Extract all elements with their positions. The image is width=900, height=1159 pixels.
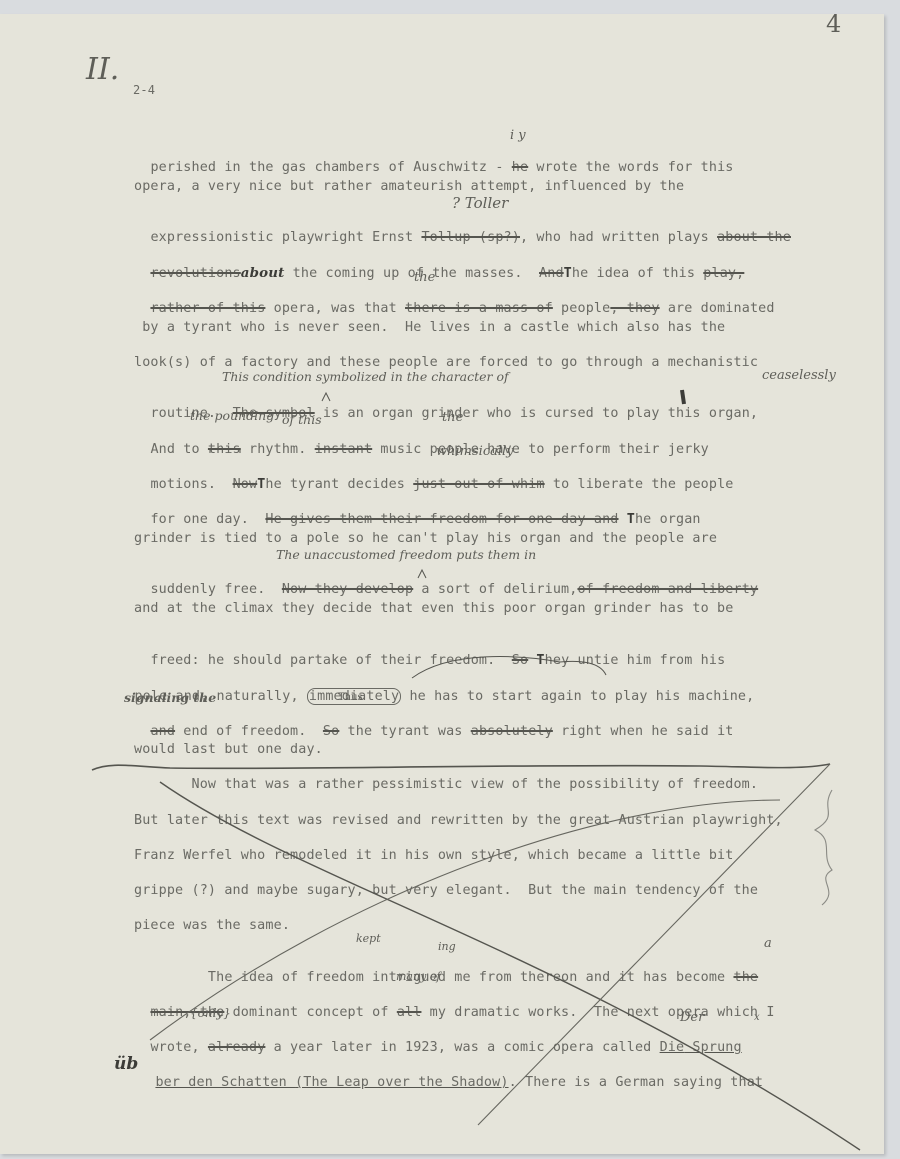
struck-text: all [397, 1005, 422, 1020]
annotation-toller: ? Toller [452, 194, 508, 212]
typed-line-19: Now that was a rather pessimistic view o… [134, 777, 758, 793]
struck-text: Now [233, 477, 258, 492]
annotation-ceaselessly: ceaselessly [762, 368, 836, 383]
text: freed: he should partake of their freedo… [150, 653, 511, 668]
annotation-whimsically: whimsically [436, 444, 514, 459]
typed-line-18: would last but one day. [134, 742, 323, 758]
struck-text: instant [315, 442, 372, 457]
annotation-unaccustomed: The unaccustomed freedom puts them in [276, 547, 536, 562]
struck-text: absolutely [471, 724, 553, 739]
struck-text: and [150, 724, 175, 739]
struck-text: rather of this [150, 301, 265, 316]
text: are dominated [660, 301, 775, 316]
inserted-text: T [528, 653, 544, 668]
inserted-text: about [241, 265, 285, 281]
text: wrote the words for this [528, 160, 733, 175]
struck-text: revolutions [150, 266, 240, 281]
struck-text: So [323, 724, 339, 739]
typed-line-5: rather of this opera, was that there is … [134, 285, 775, 317]
struck-text: there is a mass of [405, 301, 553, 316]
typed-line-14: and at the climax they decide that even … [134, 601, 733, 617]
annotation-thus: Thus [338, 692, 363, 703]
typed-line-17: and end of freedom. So the tyrant was ab… [134, 708, 734, 740]
text: . There is a German saying that [509, 1075, 764, 1090]
text: people [553, 301, 610, 316]
text: he organ [635, 512, 701, 527]
annotation-signaling-the: signaling the [124, 690, 216, 705]
typed-line-20: But later this text was revised and rewr… [134, 813, 783, 829]
typed-line-10: motions. NowThe tyrant decides just out … [134, 461, 734, 493]
typed-line-27: ber den Schatten (The Leap over the Shad… [139, 1059, 763, 1091]
text: a sort of delirium, [413, 582, 577, 597]
annotation-many-of: many of [396, 970, 440, 983]
typed-line-24: The idea of freedom intrigued me from th… [134, 954, 758, 986]
annotation-only: {only} [190, 1006, 231, 1020]
annotation-the-music: the [442, 410, 463, 425]
text: motions. [150, 477, 232, 492]
text: he tyrant decides [265, 477, 413, 492]
struck-text: this [208, 442, 241, 457]
annotation-a: a [764, 936, 772, 951]
struck-text: already [208, 1040, 265, 1055]
struck-text: just out of whim [413, 477, 544, 492]
title-text: Sprung [684, 1040, 741, 1055]
annotation-ing: ing [438, 940, 456, 953]
text: for one day. [150, 512, 265, 527]
annotation-this-condition: This condition symbolized in the charact… [222, 369, 509, 384]
text: right when he said it [553, 724, 734, 739]
struck-text: And [539, 266, 564, 281]
annotation-iy: i y [510, 128, 526, 143]
typed-line-12: grinder is tied to a pole so he can't pl… [134, 531, 717, 547]
text: music people have to perform their jerky [372, 442, 709, 457]
typed-line-21: Franz Werfel who remodeled it in his own… [134, 848, 733, 864]
text: is an organ grinder who is cursed to pla… [315, 406, 758, 421]
struck-text: the [733, 970, 758, 985]
typed-line-11: for one day. He gives them their freedom… [134, 496, 701, 528]
typed-line-1: perished in the gas chambers of Auschwit… [134, 144, 734, 176]
struck-text: Die [660, 1040, 685, 1055]
inserted-text: T [564, 266, 572, 281]
struck-text: , they [610, 301, 659, 316]
annotation-of-this: of this [282, 412, 322, 427]
text: the tyrant was [339, 724, 470, 739]
text: to liberate the people [545, 477, 734, 492]
text: expressionistic playwright Ernst [150, 230, 421, 245]
text: end of freedom. [175, 724, 323, 739]
typed-line-9: And to this rhythm. instant music people… [134, 426, 709, 458]
typed-line-26: wrote, already a year later in 1923, was… [134, 1024, 742, 1056]
text: suddenly free. [150, 582, 281, 597]
annotation-uber: üb [114, 1054, 138, 1074]
text: a year later in 1923, was a comic opera … [265, 1040, 659, 1055]
text: opera, was that [265, 301, 405, 316]
text: perished in the gas chambers of Auschwit… [150, 160, 511, 175]
annotation-the: the [414, 270, 435, 285]
translation-text: (The Leap over the Shadow) [295, 1075, 509, 1090]
text: rhythm. [241, 442, 315, 457]
typed-line-22: grippe (?) and maybe sugary, but very el… [134, 883, 758, 899]
text: my dramatic works. The next opera which … [421, 1005, 774, 1020]
annotation-x: x [754, 1012, 760, 1023]
typed-line-2: opera, a very nice but rather amateurish… [134, 179, 684, 195]
struck-text: of freedom and liberty [577, 582, 758, 597]
section-ref: 2-4 [133, 82, 155, 98]
struck-text: about the [717, 230, 791, 245]
text: he idea of this [572, 266, 703, 281]
struck-text: Now they develop [282, 582, 413, 597]
typed-line-23: piece was the same. [134, 918, 290, 934]
text: wrote, [150, 1040, 207, 1055]
section-mark: II. [86, 52, 119, 87]
inserted-text: T [619, 512, 635, 527]
text: dominant concept of [224, 1005, 396, 1020]
annotation-der: Der [680, 1010, 704, 1025]
struck-text: Tollup (sp?) [421, 230, 520, 245]
typed-line-6: by a tyrant who is never seen. He lives … [134, 320, 725, 336]
annotation-kept: kept [356, 932, 381, 945]
typed-line-3: expressionistic playwright Ernst Tollup … [134, 214, 791, 246]
typed-line-13: suddenly free. Now they develop a sort o… [134, 566, 758, 598]
text: The idea of freedom intrigued me from th… [150, 970, 733, 985]
struck-text: He gives them their freedom for one day … [265, 512, 618, 527]
typed-line-15: freed: he should partake of their freedo… [134, 637, 725, 669]
page-number: 4 [826, 10, 841, 38]
text: hey untie him from his [545, 653, 726, 668]
text: he has to start again to play his machin… [401, 689, 754, 704]
annotation-the-pounding: the pounding [190, 408, 274, 423]
text: , who had written plays [520, 230, 717, 245]
text: the coming up of the masses. [284, 266, 539, 281]
struck-text: play, [703, 266, 744, 281]
typed-line-4: revolutionsabout the coming up of the ma… [134, 249, 744, 282]
text: And to [150, 442, 207, 457]
struck-text: So [512, 653, 528, 668]
struck-text: he [512, 160, 528, 175]
title-text: ber den Schatten [155, 1075, 295, 1090]
